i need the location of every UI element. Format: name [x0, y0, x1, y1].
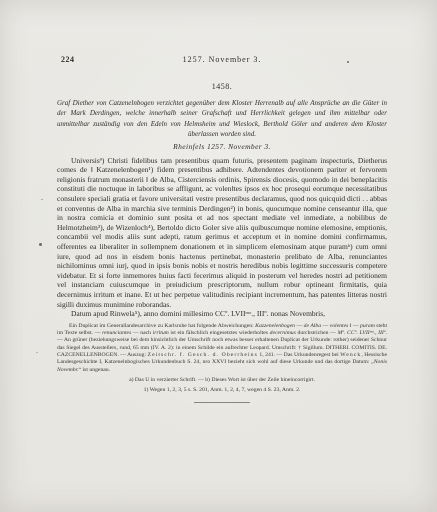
- running-header: 224 1257. November 3.: [57, 55, 387, 65]
- page-number: 224: [61, 55, 75, 65]
- scan-speck: [41, 199, 43, 200]
- text-column: 224 1257. November 3. 1458. Graf Diether…: [57, 55, 387, 403]
- charter-number: 1458.: [57, 82, 387, 91]
- charter-body-paragraph: Universisª) Christi fidelibus tam presen…: [57, 156, 387, 310]
- apparatus-number-notes: 1) Wegen 1, 2, 3, 5 s. S. 201, Anm. 1, 2…: [57, 387, 387, 394]
- running-head-date: 1257. November 3.: [57, 55, 387, 65]
- scan-speck: [347, 61, 349, 63]
- charter-regest: Graf Diether von Catzenelnbogen verzicht…: [57, 98, 387, 140]
- end-rule-divider: [194, 402, 250, 403]
- scan-speck: [39, 243, 42, 246]
- charter-datum-line: Datum apud Rinwela⁵), anno domini milles…: [57, 309, 387, 319]
- apparatus-variants: Ein Duplicat im Generallandesarchive zu …: [57, 323, 387, 374]
- scan-speck: [36, 352, 38, 353]
- apparatus-letter-notes: a) Das U in verzierter Schrift. — b) Die…: [57, 377, 387, 384]
- charter-dateline: Rheinfels 1257. November 3.: [57, 142, 387, 151]
- scanned-book-page: 224 1257. November 3. 1458. Graf Diether…: [0, 0, 437, 512]
- charter-body: Universisª) Christi fidelibus tam presen…: [57, 156, 387, 319]
